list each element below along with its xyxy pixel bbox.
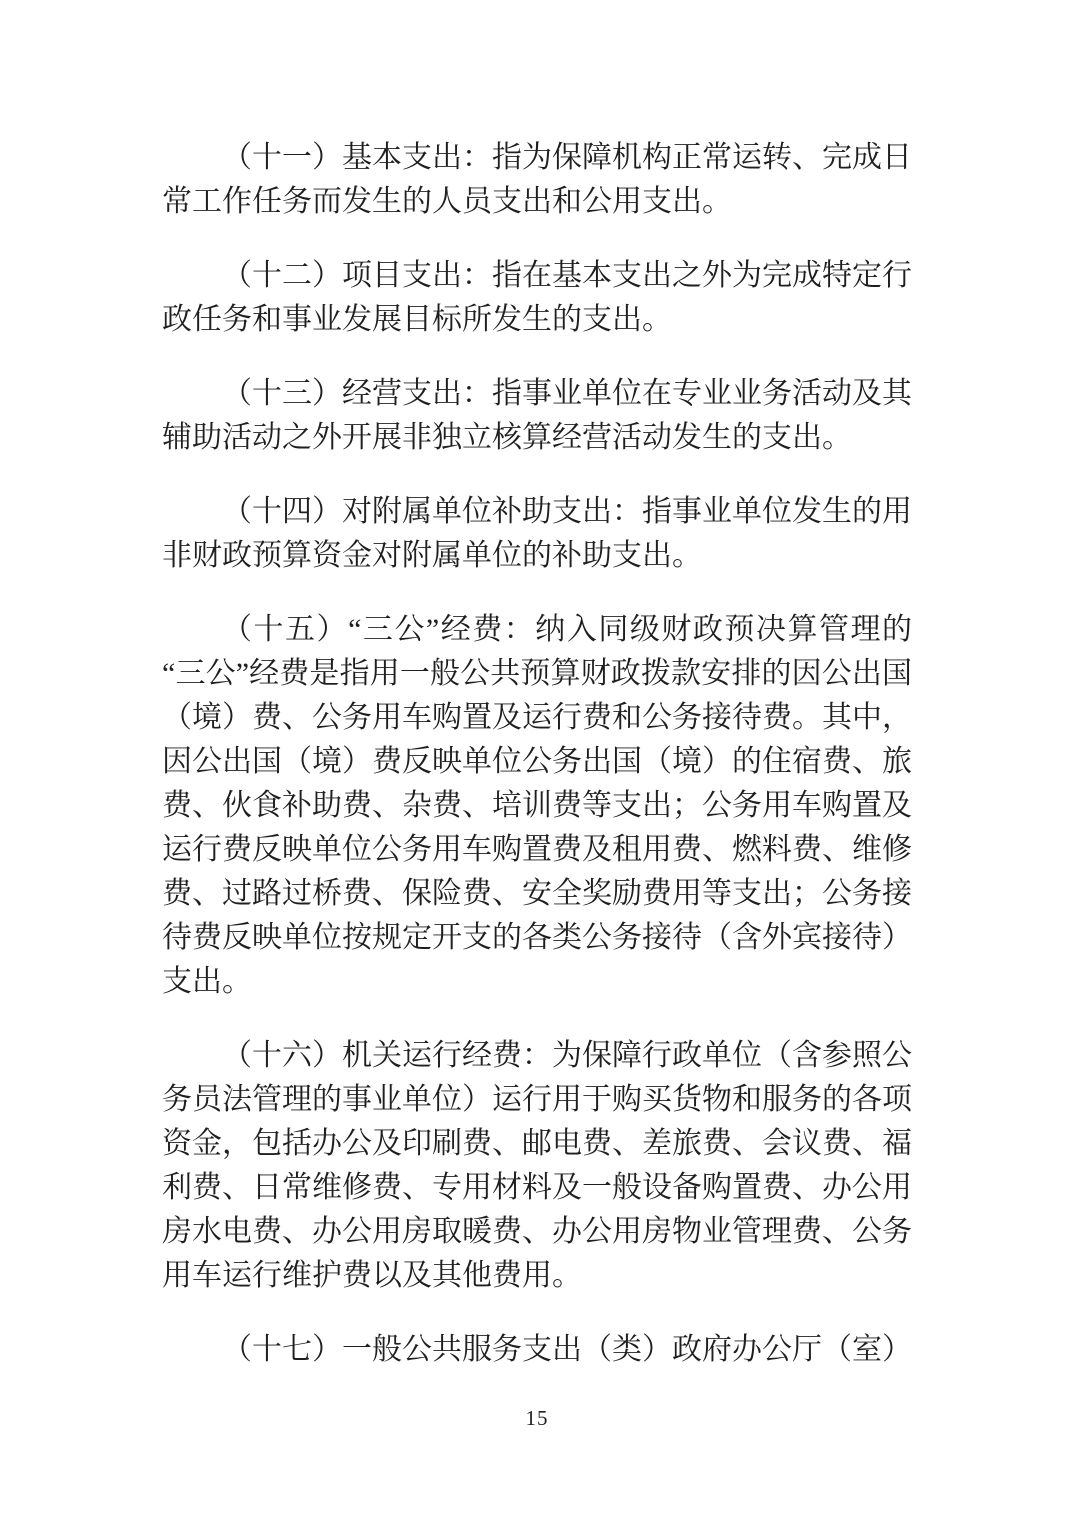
paragraph-item-14: （十四）对附属单位补助支出：指事业单位发生的用非财政预算资金对附属单位的补助支出… [162,490,912,578]
document-page: （十一）基本支出：指为保障机构正常运转、完成日常工作任务而发生的人员支出和公用支… [0,0,1074,1520]
paragraph-item-11: （十一）基本支出：指为保障机构正常运转、完成日常工作任务而发生的人员支出和公用支… [162,136,912,224]
paragraph-item-17: （十七）一般公共服务支出（类）政府办公厅（室） [162,1328,912,1372]
paragraph-item-16: （十六）机关运行经费：为保障行政单位（含参照公务员法管理的事业单位）运行用于购买… [162,1034,912,1298]
paragraph-item-15: （十五）“三公”经费：纳入同级财政预决算管理的“三公”经费是指用一般公共预算财政… [162,608,912,1004]
page-footer: 15 [0,1406,1074,1430]
document-body: （十一）基本支出：指为保障机构正常运转、完成日常工作任务而发生的人员支出和公用支… [162,136,912,1402]
page-number: 15 [526,1406,549,1430]
paragraph-item-13: （十三）经营支出：指事业单位在专业业务活动及其辅助活动之外开展非独立核算经营活动… [162,372,912,460]
paragraph-item-12: （十二）项目支出：指在基本支出之外为完成特定行政任务和事业发展目标所发生的支出。 [162,254,912,342]
